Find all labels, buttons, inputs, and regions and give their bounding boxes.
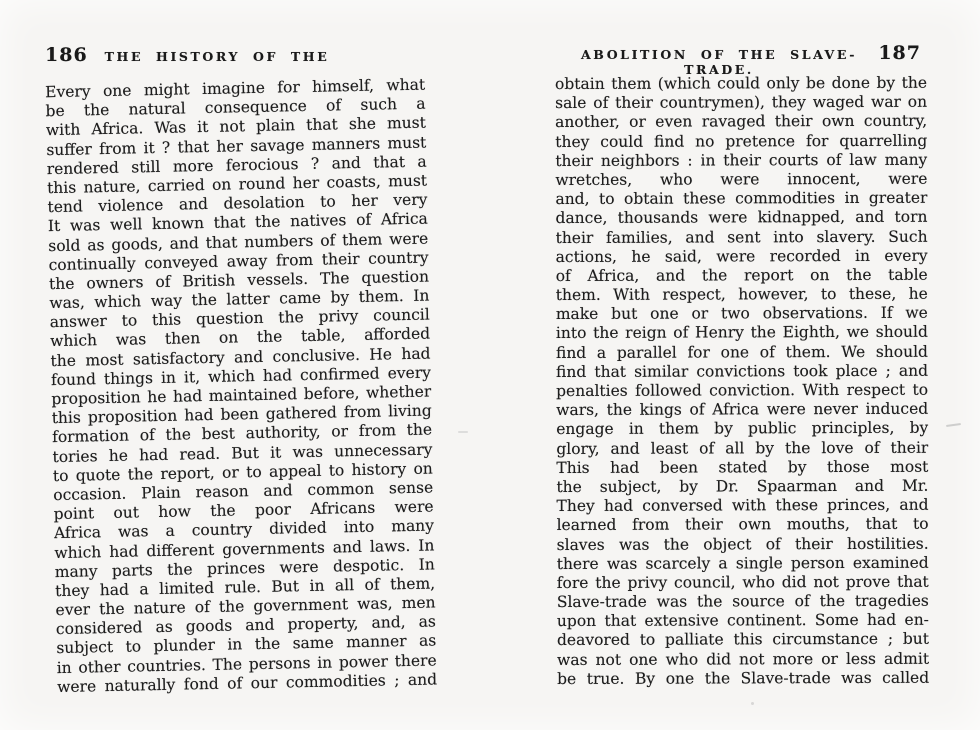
text-line: deavored to palliate this circumstance ;… (557, 630, 929, 650)
text-line: obtain them (which could only be done by… (555, 74, 927, 94)
text-line: fore the privy council, who did not prov… (557, 573, 929, 593)
text-line: was not one who did not more or less adm… (557, 649, 929, 669)
text-line: into the reign of Henry the Eighth, we s… (556, 323, 928, 343)
left-page-header: 186 THE HISTORY OF THE (45, 46, 425, 68)
text-line: penalties followed conviction. With resp… (556, 381, 928, 401)
text-line: actions, he said, were recorded in every… (556, 246, 928, 266)
text-line: They had conversed with these princes, a… (556, 496, 928, 516)
text-line: wars, the kings of Africa were never ind… (556, 400, 928, 420)
text-line: engage in them by public principles, by … (556, 419, 928, 439)
left-page-number: 186 (45, 44, 88, 66)
right-page: ABOLITION OF THE SLAVE-TRADE. 187 obtain… (555, 44, 927, 689)
left-page: 186 THE HISTORY OF THE Every one might i… (45, 46, 425, 697)
text-line: dance, thousands were kidnapped, and tor… (555, 208, 927, 228)
right-page-text: obtain them (which could only be done by… (555, 74, 929, 689)
text-line: they could find no pretence for quarrell… (555, 131, 927, 151)
text-line: learned from their own mouths, that to p… (557, 515, 929, 535)
text-line: This had been stated by those most conve… (556, 457, 928, 477)
text-line: there was scarcely a single person exami… (557, 553, 929, 573)
right-running-title: ABOLITION OF THE SLAVE-TRADE. (555, 44, 927, 77)
scan-artifact-dot (751, 702, 754, 705)
text-line: another, or even ravaged their own count… (555, 112, 927, 132)
text-line: their neighbors : in their courts of law… (555, 150, 927, 170)
text-line: make but one or two observations. If we … (556, 304, 928, 324)
text-line: them. With respect, however, to these, h… (556, 285, 928, 305)
text-line: the subject, by Dr. Spaarman and Mr. Wad… (556, 477, 928, 497)
text-line: slaves was the object of their hostiliti… (557, 534, 929, 554)
scan-artifact-dash (458, 431, 468, 433)
text-line: and, to obtain these commodities in grea… (555, 189, 927, 209)
text-line: their families, and sent into slavery. S… (556, 227, 928, 247)
text-line: Slave-trade was the source of the traged… (557, 592, 929, 612)
text-line: find that similar convictions took place… (556, 362, 928, 382)
text-line: glory, and least of all by the love of t… (556, 438, 928, 458)
text-line: upon that extensive continent. Some had … (557, 611, 929, 631)
text-line: be true. By one the Slave-trade was call… (557, 669, 929, 689)
text-line: wretches, who were innocent, were condem… (555, 170, 927, 190)
left-page-text: Every one might imagine for himself, wha… (45, 76, 437, 698)
text-line: of Africa, and the report on the table c… (556, 266, 928, 286)
right-page-number: 187 (878, 42, 921, 64)
book-scan-spread: 186 THE HISTORY OF THE Every one might i… (0, 0, 980, 730)
scan-artifact-dash (946, 423, 961, 427)
left-running-title: THE HISTORY OF THE (45, 46, 425, 64)
right-page-header: ABOLITION OF THE SLAVE-TRADE. 187 (555, 44, 927, 66)
text-line: sale of their countrymen), they waged wa… (555, 93, 927, 113)
text-line: find a parallel for one of them. We shou… (556, 342, 928, 362)
